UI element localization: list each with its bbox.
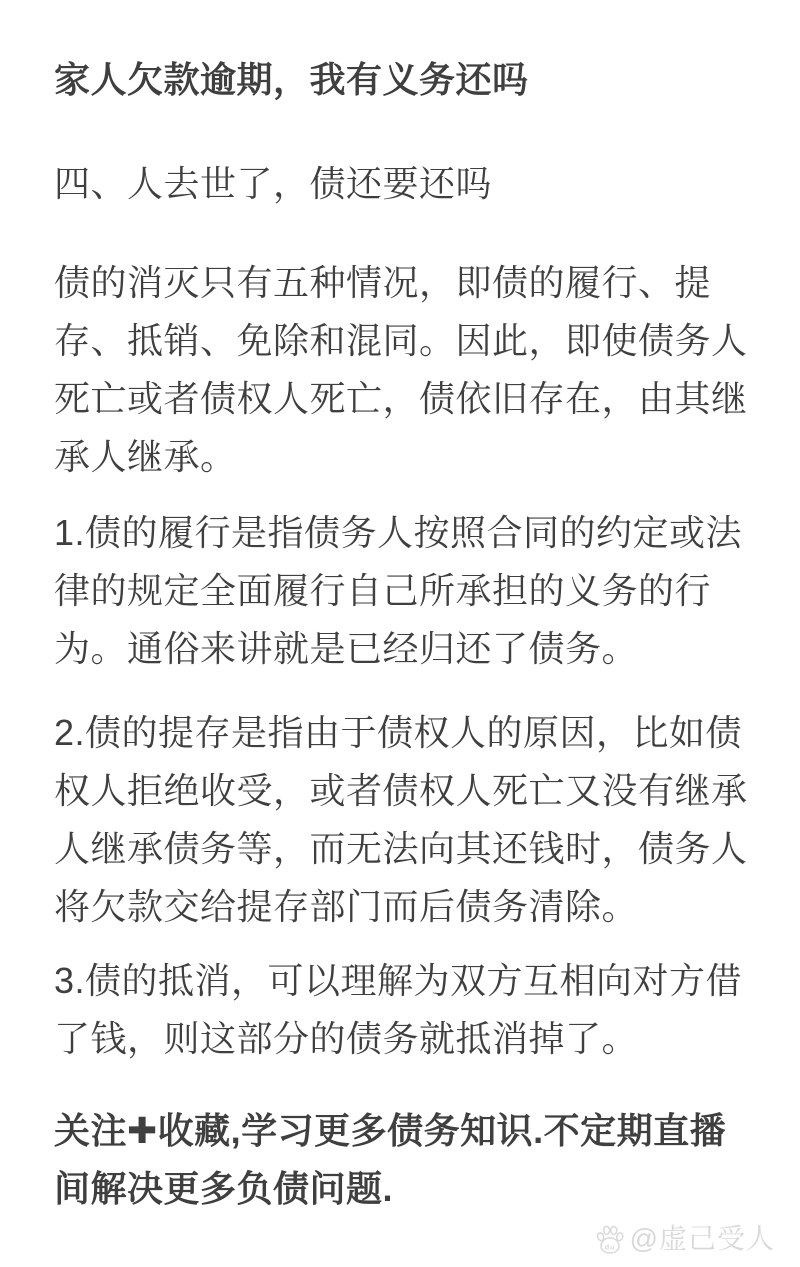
section-heading: 四、人去世了，债还要还吗	[54, 155, 760, 213]
article-content: 家人欠款逾期，我有义务还吗 四、人去世了，债还要还吗 债的消灭只有五种情况，即债…	[0, 0, 800, 1218]
watermark-handle: @虚己受人	[630, 1222, 775, 1256]
intro-paragraph: 债的消灭只有五种情况，即债的履行、提 存、抵销、免除和混同。因此，即使债务人 死…	[54, 254, 760, 486]
list-item-3-debt-offset: 3.债的抵消，可以理解为双方互相向对方借 了钱，则这部分的债务就抵消掉了。	[54, 952, 760, 1068]
page-title: 家人欠款逾期，我有义务还吗	[54, 51, 760, 109]
follow-collect-cta: 关注✚收藏,学习更多债务知识.不定期直播 间解决更多负债问题.	[54, 1102, 760, 1218]
paw-icon-du-label: du	[604, 1243, 615, 1252]
baidu-paw-icon: du	[595, 1224, 625, 1254]
list-item-2-debt-deposit: 2.债的提存是指由于债权人的原因，比如债 权人拒绝收受，或者债权人死亡又没有继承…	[54, 704, 760, 936]
watermark: du @虚己受人	[595, 1222, 775, 1256]
article-page: 家人欠款逾期，我有义务还吗 四、人去世了，债还要还吗 债的消灭只有五种情况，即债…	[0, 0, 800, 1267]
list-item-1-debt-performance: 1.债的履行是指债务人按照合同的约定或法 律的规定全面履行自己所承担的义务的行 …	[54, 504, 760, 678]
